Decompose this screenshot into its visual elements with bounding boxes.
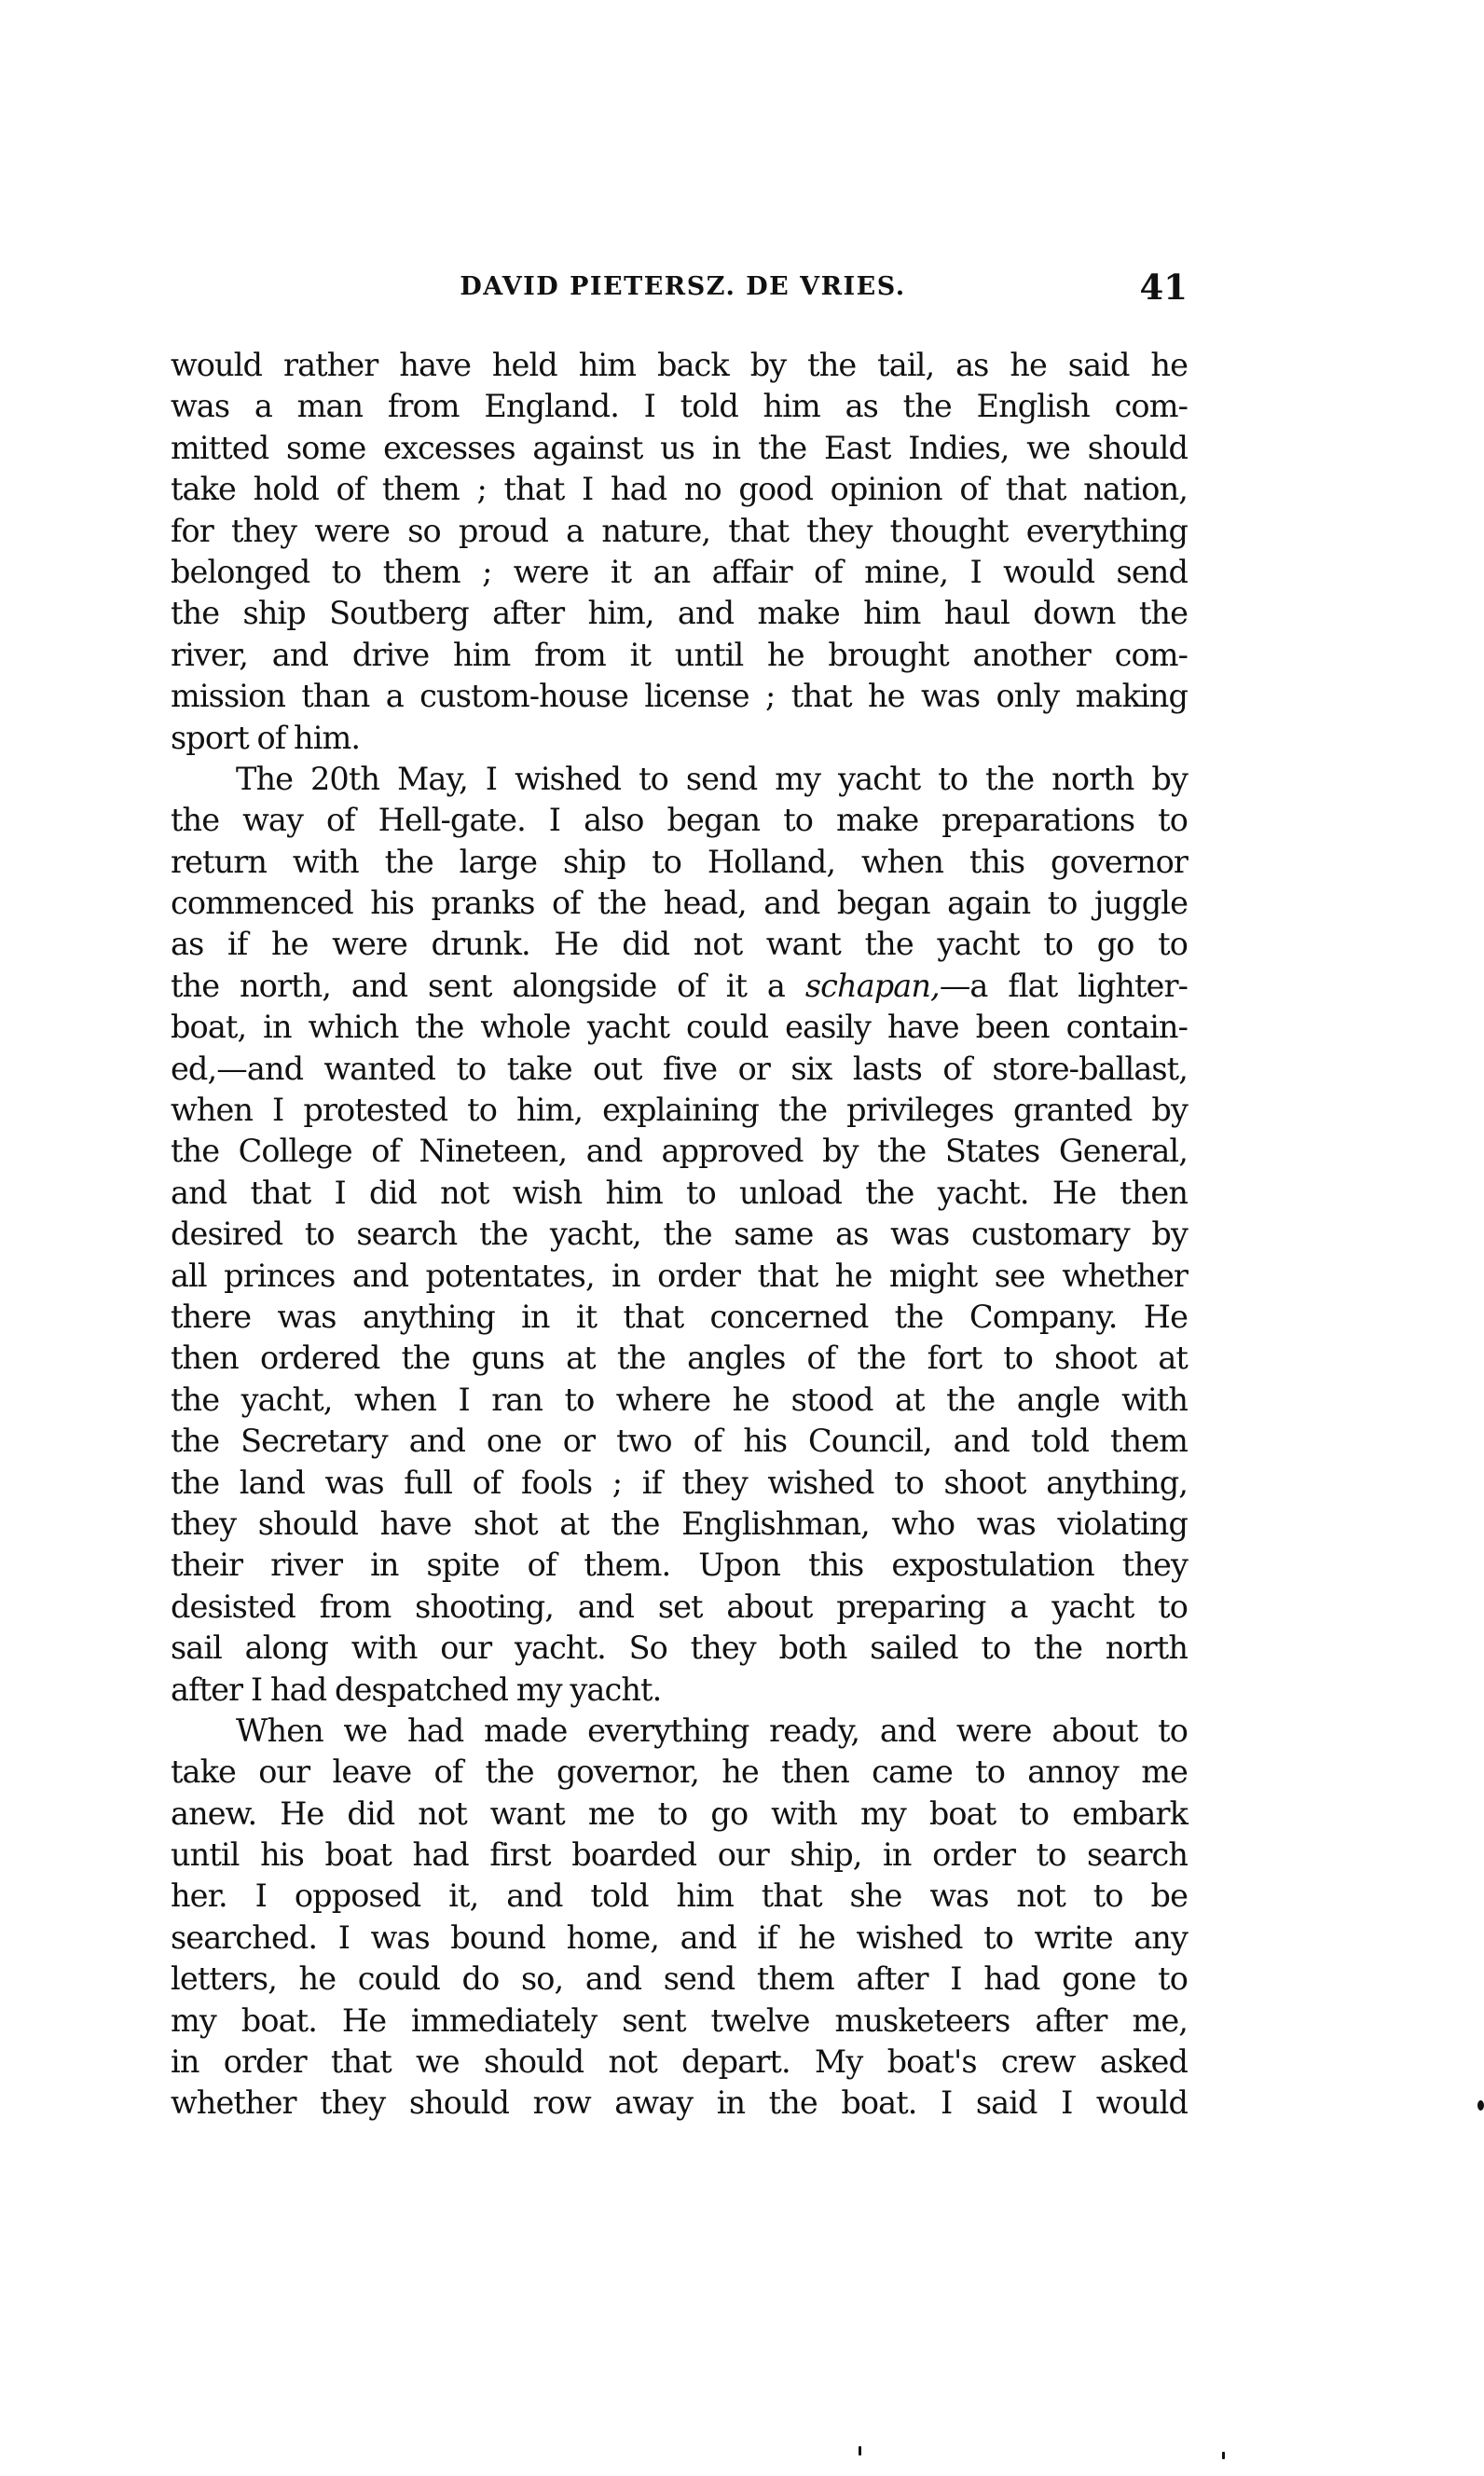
text-line: boat, in which the whole yacht could eas… — [171, 1007, 1188, 1048]
text-line: take our leave of the governor, he then … — [171, 1752, 1188, 1793]
text-line: their river in spite of them. Upon this … — [171, 1545, 1188, 1586]
text-line-paragraph-end: sport of him. — [171, 718, 1188, 759]
text-line: desired to search the yacht, the same as… — [171, 1214, 1188, 1255]
text-line: desisted from shooting, and set about pr… — [171, 1587, 1188, 1628]
text-line: the College of Nineteen, and approved by… — [171, 1131, 1188, 1172]
text-line-paragraph-start: When we had made everything ready, and w… — [171, 1711, 1188, 1752]
text-line: they should have shot at the Englishman,… — [171, 1504, 1188, 1545]
text-line: until his boat had first boarded our shi… — [171, 1835, 1188, 1876]
text-line: was a man from England. I told him as th… — [171, 386, 1188, 427]
text-line: her. I opposed it, and told him that she… — [171, 1876, 1188, 1917]
text-line: would rather have held him back by the t… — [171, 345, 1188, 386]
text-segment: the north, and sent alongside of it a — [171, 968, 805, 1004]
text-line: the Secretary and one or two of his Coun… — [171, 1421, 1188, 1462]
text-line: whether they should row away in the boat… — [171, 2083, 1188, 2124]
text-line-paragraph-start: The 20th May, I wished to send my yacht … — [171, 759, 1188, 800]
text-line: as if he were drunk. He did not want the… — [171, 924, 1188, 965]
italic-term-schapan: schapan, — [805, 968, 940, 1004]
text-line: the way of Hell-gate. I also began to ma… — [171, 800, 1188, 841]
text-line: there was anything in it that concerned … — [171, 1297, 1188, 1338]
running-head: DAVID PIETERSZ. DE VRIES. 41 — [171, 267, 1188, 308]
text-line: and that I did not wish him to unload th… — [171, 1173, 1188, 1214]
text-line: return with the large ship to Holland, w… — [171, 842, 1188, 883]
text-line: commenced his pranks of the head, and be… — [171, 883, 1188, 924]
text-line-with-italic: the north, and sent alongside of it a sc… — [171, 966, 1188, 1007]
text-line: take hold of them ; that I had no good o… — [171, 469, 1188, 510]
text-line: when I protested to him, explaining the … — [171, 1090, 1188, 1131]
text-line: belonged to them ; were it an affair of … — [171, 552, 1188, 593]
page-number: 41 — [1140, 267, 1189, 308]
running-title: DAVID PIETERSZ. DE VRIES. — [171, 272, 1188, 301]
text-line: my boat. He immediately sent twelve musk… — [171, 2001, 1188, 2042]
text-line: mitted some excesses against us in the E… — [171, 428, 1188, 469]
book-page: DAVID PIETERSZ. DE VRIES. 41 would rathe… — [0, 0, 1484, 2476]
text-line: for they were so proud a nature, that th… — [171, 511, 1188, 552]
text-line: mission than a custom-house license ; th… — [171, 676, 1188, 717]
text-line: anew. He did not want me to go with my b… — [171, 1794, 1188, 1835]
text-line: all princes and potentates, in order tha… — [171, 1256, 1188, 1297]
text-line: then ordered the guns at the angles of t… — [171, 1338, 1188, 1379]
text-line: the yacht, when I ran to where he stood … — [171, 1380, 1188, 1421]
text-line: the land was full of fools ; if they wis… — [171, 1463, 1188, 1504]
text-segment: —a flat lighter- — [940, 968, 1188, 1004]
text-line-paragraph-end: after I had despatched my yacht. — [171, 1670, 1188, 1711]
text-line: searched. I was bound home, and if he wi… — [171, 1918, 1188, 1959]
text-line: in order that we should not depart. My b… — [171, 2042, 1188, 2083]
body-text: would rather have held him back by the t… — [171, 345, 1188, 2125]
scan-speck — [1477, 2100, 1484, 2111]
text-line: letters, he could do so, and send them a… — [171, 1959, 1188, 2000]
text-line: sail along with our yacht. So they both … — [171, 1628, 1188, 1669]
text-line: ed,—and wanted to take out five or six l… — [171, 1049, 1188, 1090]
scan-speck — [1222, 2452, 1225, 2459]
text-line: the ship Soutberg after him, and make hi… — [171, 593, 1188, 634]
text-line: river, and drive him from it until he br… — [171, 635, 1188, 676]
scan-speck — [859, 2446, 861, 2455]
